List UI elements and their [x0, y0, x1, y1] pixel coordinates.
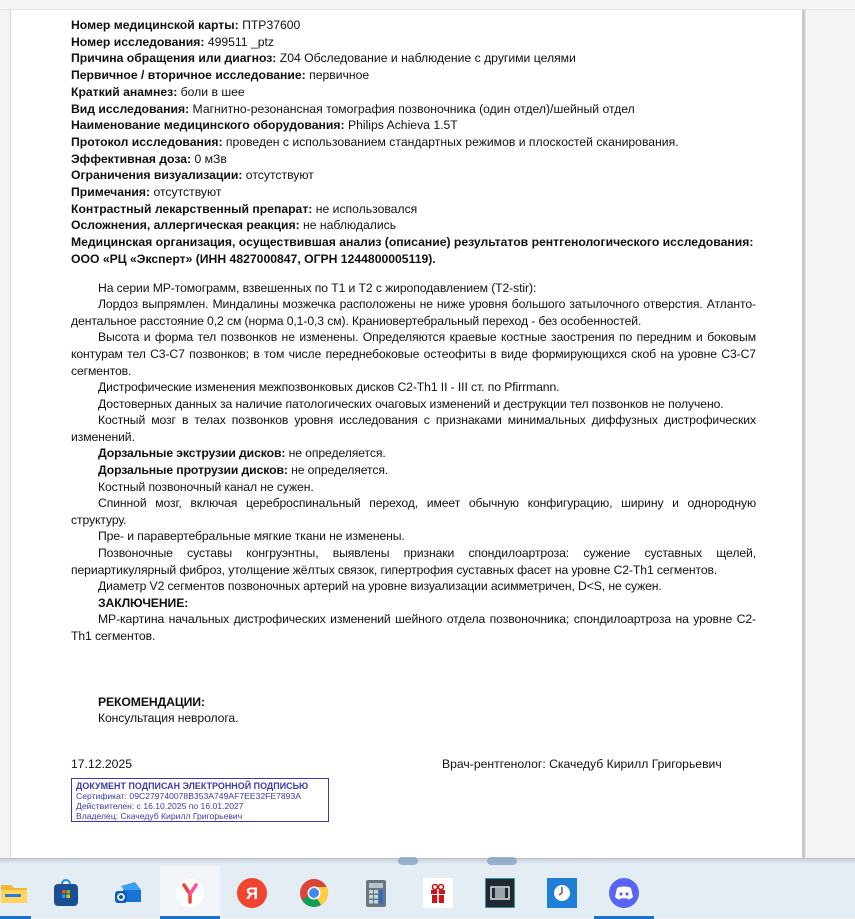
field-value: Z04 Обследование и наблюдение с другими … [276, 51, 576, 65]
stamp-validity: Действителен: с 16.10.2025 по 16.01.2027 [76, 801, 328, 811]
field-value: боли в шее [177, 85, 244, 99]
clock-icon [547, 878, 577, 908]
header-field: Протокол исследования: проведен с исполь… [71, 134, 756, 151]
taskbar-chrome[interactable] [284, 866, 344, 918]
field-label: Ограничения визуализации: [71, 168, 242, 182]
recommendations-text: Консультация невролога. [71, 710, 756, 727]
field-label: Вид исследования: [71, 102, 189, 116]
organization-info: Медицинская организация, осуществившая а… [71, 234, 756, 267]
field-value: 0 мЗв [191, 152, 227, 166]
field-label: Протокол исследования: [71, 135, 223, 149]
taskbar-outlook[interactable] [98, 866, 158, 918]
viewer-top-edge [0, 0, 855, 10]
field-label: Наименование медицинского оборудования: [71, 118, 345, 132]
stamp-owner: Владелец: Скачедуб Кирилл Григорьевич [76, 811, 328, 821]
field-value: отсутствуют [150, 185, 221, 199]
field-value: не наблюдались [300, 218, 396, 232]
finding-paragraph: Костный позвоночный канал не сужен. [71, 479, 756, 496]
calculator-icon [361, 878, 391, 908]
finding-paragraph: Пре- и паравертебральные мягкие ткани не… [71, 528, 756, 545]
field-value: 499511 _ptz [204, 35, 274, 49]
header-field: Эффективная доза: 0 мЗв [71, 151, 756, 168]
film-icon [485, 878, 515, 908]
finding-paragraph: Достоверных данных за наличие патологиче… [71, 396, 756, 413]
taskbar-yandex[interactable]: Я [222, 866, 282, 918]
header-field: Номер исследования: 499511 _ptz [71, 34, 756, 51]
taskbar-microsoft-store[interactable] [36, 866, 96, 918]
store-icon [51, 878, 81, 908]
conclusion-text: МР-картина начальных дистрофических изме… [71, 611, 756, 644]
field-label: Номер медицинской карты: [71, 18, 239, 32]
extrusion-line: Дорзальные экструзии дисков: не определя… [71, 445, 756, 462]
finding-paragraph: Спинной мозг, включая цереброспинальный … [71, 495, 756, 528]
header-field: Причина обращения или диагноз: Z04 Обсле… [71, 50, 756, 67]
taskbar-discord[interactable] [594, 866, 654, 918]
field-label: Причина обращения или диагноз: [71, 51, 276, 65]
recommendations-title: РЕКОМЕНДАЦИИ: [71, 694, 756, 711]
header-field: Первичное / вторичное исследование: перв… [71, 67, 756, 84]
signature-row: 17.12.2025 Врач-рентгенолог: Скачедуб Ки… [71, 756, 756, 774]
field-value: проведен с использованием стандартных ре… [223, 135, 679, 149]
taskbar: Я [0, 858, 855, 918]
yandex-browser-icon [175, 878, 205, 908]
field-label: Номер исследования: [71, 35, 204, 49]
header-field: Контрастный лекарственный препарат: не и… [71, 201, 756, 218]
svg-text:Я: Я [246, 884, 258, 903]
folder-icon [0, 878, 29, 908]
header-field: Вид исследования: Магнитно-резонансная т… [71, 101, 756, 118]
finding-paragraph: На серии МР-томограмм, взвешенных по Т1 … [71, 280, 756, 297]
field-value: отсутствуют [242, 168, 313, 182]
findings-section: На серии МР-томограмм, взвешенных по Т1 … [71, 280, 756, 727]
doctor-name: Врач-рентгенолог: Скачедуб Кирилл Григор… [442, 756, 722, 773]
finding-paragraph: Дистрофические изменения межпозвонковых … [71, 379, 756, 396]
protrusion-line: Дорзальные протрузии дисков: не определя… [71, 462, 756, 479]
yandex-icon: Я [237, 878, 267, 908]
outlook-icon [113, 878, 143, 908]
header-field: Примечания: отсутствуют [71, 184, 756, 201]
taskbar-gift-app[interactable] [408, 866, 468, 918]
field-label: Эффективная доза: [71, 152, 191, 166]
header-fields: Номер медицинской карты: ПТР37600Номер и… [71, 10, 756, 234]
finding-paragraph: Диаметр V2 сегментов позвоночных артерий… [71, 578, 756, 595]
finding-paragraph: Костный мозг в телах позвонков уровня ис… [71, 412, 756, 445]
page-content: Номер медицинской карты: ПТР37600Номер и… [71, 10, 756, 727]
stamp-certificate: Сертификат: 09C279740078B353A749AF7EE32F… [76, 791, 328, 801]
document-page[interactable]: Номер медицинской карты: ПТР37600Номер и… [10, 10, 805, 858]
taskbar-clock-app[interactable] [532, 866, 592, 918]
header-field: Осложнения, аллергическая реакция: не на… [71, 217, 756, 234]
header-field: Номер медицинской карты: ПТР37600 [71, 17, 756, 34]
conclusion-title: ЗАКЛЮЧЕНИЕ: [71, 595, 756, 612]
finding-paragraph: Позвоночные суставы конгруэнтны, выявлен… [71, 545, 756, 578]
header-field: Ограничения визуализации: отсутствуют [71, 167, 756, 184]
header-field: Наименование медицинского оборудования: … [71, 117, 756, 134]
finding-paragraph: Высота и форма тел позвонков не изменены… [71, 329, 756, 379]
header-field: Краткий анамнез: боли в шее [71, 84, 756, 101]
stamp-title: ДОКУМЕНТ ПОДПИСАН ЭЛЕКТРОННОЙ ПОДПИСЬЮ [76, 781, 328, 791]
pdf-viewer: Номер медицинской карты: ПТР37600Номер и… [0, 0, 855, 858]
discord-icon [609, 878, 639, 908]
e-signature-stamp: ДОКУМЕНТ ПОДПИСАН ЭЛЕКТРОННОЙ ПОДПИСЬЮ С… [71, 778, 329, 822]
field-label: Краткий анамнез: [71, 85, 177, 99]
field-label: Первичное / вторичное исследование: [71, 68, 306, 82]
field-value: не использовался [312, 202, 417, 216]
field-value: ПТР37600 [239, 18, 301, 32]
field-label: Примечания: [71, 185, 150, 199]
gift-icon [423, 878, 453, 908]
field-label: Контрастный лекарственный препарат: [71, 202, 312, 216]
report-date: 17.12.2025 [71, 756, 132, 773]
taskbar-calculator[interactable] [346, 866, 406, 918]
taskbar-yandex-browser[interactable] [160, 866, 220, 918]
field-value: Магнитно-резонансная томография позвоноч… [189, 102, 635, 116]
field-label: Осложнения, аллергическая реакция: [71, 218, 300, 232]
finding-paragraph: Лордоз выпрямлен. Миндалины мозжечка рас… [71, 296, 756, 329]
field-value: Philips Achieva 1.5T [345, 118, 458, 132]
chrome-icon [299, 878, 329, 908]
field-value: первичное [306, 68, 369, 82]
taskbar-video-editor[interactable] [470, 866, 530, 918]
